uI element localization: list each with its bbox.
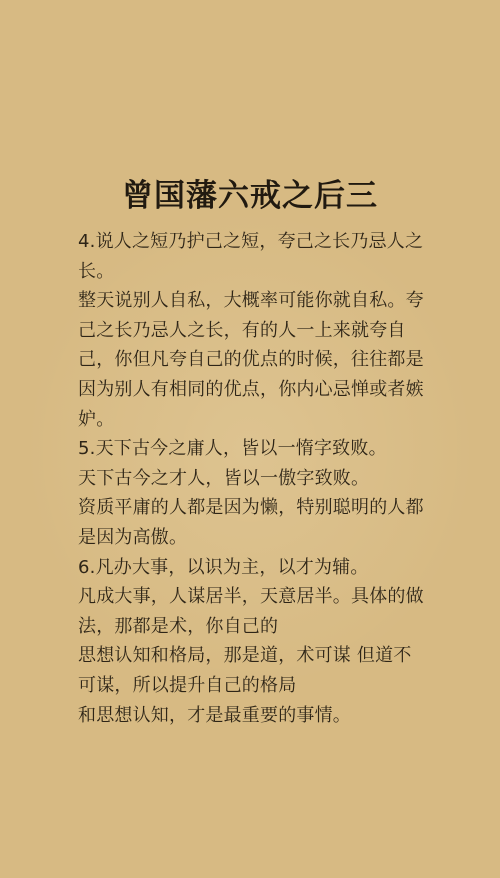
text-line: 思想认知和格局，那是道，术可谋 但道不 [78, 641, 458, 671]
text-line: 天下古今之才人，皆以一傲字致败。 [78, 464, 458, 494]
text-line: 可谋，所以提升自己的格局 [78, 671, 458, 701]
text-line: 整天说别人自私，大概率可能你就自私。夸 [78, 286, 458, 316]
quote-body: 4.说人之短乃护己之短，夸己之长乃忌人之 长。 整天说别人自私，大概率可能你就自… [78, 227, 458, 730]
text-line: 6.凡办大事，以识为主，以才为辅。 [78, 553, 458, 583]
text-line: 长。 [78, 257, 458, 287]
text-line: 和思想认知，才是最重要的事情。 [78, 701, 458, 731]
quote-card: 曾国藩六戒之后三 4.说人之短乃护己之短，夸己之长乃忌人之 长。 整天说别人自私… [0, 0, 500, 878]
text-line: 法，那都是术，你自己的 [78, 612, 458, 642]
text-line: 凡成大事，人谋居半，天意居半。具体的做 [78, 582, 458, 612]
text-line: 4.说人之短乃护己之短，夸己之长乃忌人之 [78, 227, 458, 257]
text-line: 妒。 [78, 405, 458, 435]
text-line: 因为别人有相同的优点，你内心忌惮或者嫉 [78, 375, 458, 405]
text-line: 是因为高傲。 [78, 523, 458, 553]
page-title: 曾国藩六戒之后三 [0, 176, 500, 216]
text-line: 资质平庸的人都是因为懒，特别聪明的人都 [78, 493, 458, 523]
text-line: 己之长乃忌人之长，有的人一上来就夸自 [78, 316, 458, 346]
text-line: 己，你但凡夸自己的优点的时候，往往都是 [78, 345, 458, 375]
text-line: 5.天下古今之庸人，皆以一惰字致败。 [78, 434, 458, 464]
